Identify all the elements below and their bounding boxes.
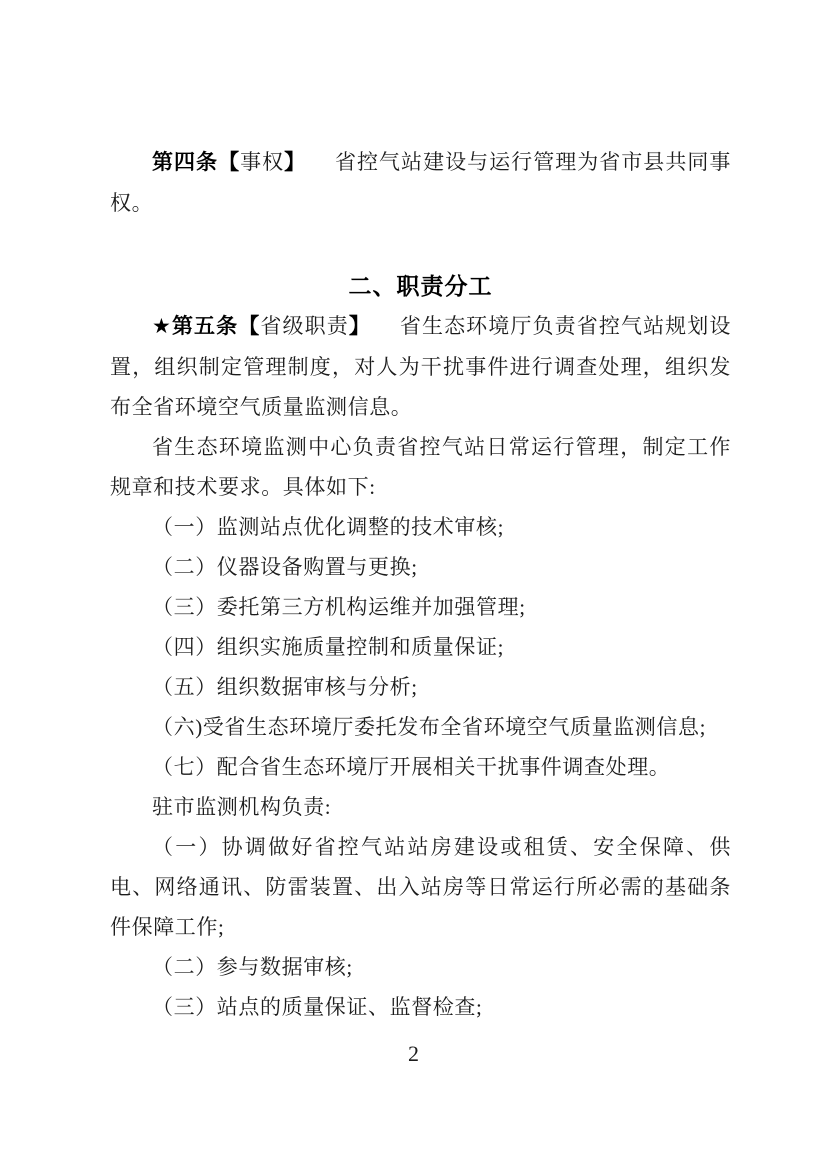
document-body: 第四条【事权】省控气站建设与运行管理为省市县共同事权。 二、职责分工 ★第五条【…: [110, 142, 731, 1027]
bracket-open: 【: [218, 151, 240, 174]
section-heading: 二、职责分工: [110, 266, 731, 306]
list-item-center-6: （六)受省生态环境厅委托发布全省环境空气质量监测信息;: [110, 707, 731, 747]
center-responsibility-paragraph: 省生态环境监测中心负责省控气站日常运行管理，制定工作规章和技术要求。具体如下:: [110, 427, 731, 507]
city-responsibility-paragraph: 驻市监测机构负责:: [110, 787, 731, 827]
article-4-number: 第四条: [152, 151, 218, 174]
article-5-paragraph: ★第五条【省级职责】省生态环境厅负责省控气站规划设置，组织制定管理制度，对人为干…: [110, 306, 731, 427]
article-4-label: 事权: [240, 150, 284, 174]
page-number: 2: [0, 1040, 827, 1068]
list-item-center-3: （三）委托第三方机构运维并加强管理;: [110, 587, 731, 627]
list-item-city-2: （二）参与数据审核;: [110, 947, 731, 987]
bracket-close: 】: [349, 315, 371, 338]
bracket-open: 【: [238, 315, 260, 338]
article-5-label: 省级职责: [260, 314, 348, 338]
article-5-number: ★第五条: [152, 315, 238, 338]
list-item-city-1: （一）协调做好省控气站站房建设或租赁、安全保障、供电、网络通讯、防雷装置、出入站…: [110, 827, 731, 947]
list-item-center-2: （二）仪器设备购置与更换;: [110, 547, 731, 587]
list-item-city-3: （三）站点的质量保证、监督检查;: [110, 987, 731, 1027]
list-item-center-5: （五）组织数据审核与分析;: [110, 667, 731, 707]
list-item-center-4: （四）组织实施质量控制和质量保证;: [110, 627, 731, 667]
list-item-center-1: （一）监测站点优化调整的技术审核;: [110, 507, 731, 547]
article-4-paragraph: 第四条【事权】省控气站建设与运行管理为省市县共同事权。: [110, 142, 731, 223]
list-item-center-7: （七）配合省生态环境厅开展相关干扰事件调查处理。: [110, 747, 731, 787]
bracket-close: 】: [284, 151, 306, 174]
document-page: 第四条【事权】省控气站建设与运行管理为省市县共同事权。 二、职责分工 ★第五条【…: [0, 0, 827, 1169]
